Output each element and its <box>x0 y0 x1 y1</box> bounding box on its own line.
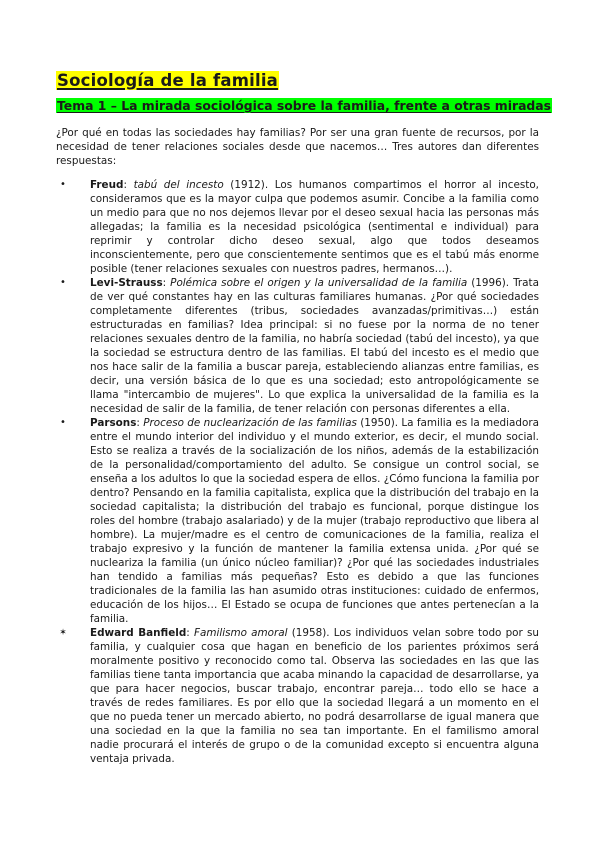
bullet-star-icon: ✶ <box>56 626 70 640</box>
work-title: tabú del incesto <box>134 179 224 191</box>
work-year: (1912). <box>224 179 275 191</box>
document-title: Sociología de la familia <box>56 70 539 92</box>
author-description: Los humanos compartimos el horror al inc… <box>90 179 539 275</box>
author-name: Freud <box>90 179 123 191</box>
list-item-freud: • Freud: tabú del incesto (1912). Los hu… <box>56 178 539 276</box>
author-description: Los individuos velan sobre todo por su f… <box>90 627 539 765</box>
document-title-text: Sociología de la familia <box>56 71 279 90</box>
bullet-dot-icon: • <box>56 276 70 290</box>
work-year: (1958). <box>288 627 334 639</box>
work-year: (1996). <box>467 277 513 289</box>
intro-paragraph: ¿Por qué en todas las sociedades hay fam… <box>56 126 539 168</box>
author-name: Parsons <box>90 417 136 429</box>
section-heading-text: Tema 1 – La mirada sociológica sobre la … <box>56 98 552 113</box>
authors-list: • Freud: tabú del incesto (1912). Los hu… <box>56 178 539 766</box>
bullet-dot-icon: • <box>56 416 70 430</box>
document-page: Sociología de la familia Tema 1 – La mir… <box>56 70 539 766</box>
work-title: Proceso de nuclearización de las familia… <box>143 417 357 429</box>
list-item-banfield: ✶ Edward Banfield: Familismo amoral (195… <box>56 626 539 766</box>
author-name: Levi-Strauss <box>90 277 163 289</box>
list-item-parsons: • Parsons: Proceso de nuclearización de … <box>56 416 539 626</box>
work-title: Familismo amoral <box>194 627 288 639</box>
work-year: (1950). <box>357 417 402 429</box>
separator: : <box>123 179 133 191</box>
author-name: Edward Banfield <box>90 627 186 639</box>
author-description: Trata de ver qué constantes hay en las c… <box>90 277 539 415</box>
list-item-levi-strauss: • Levi-Strauss: Polémica sobre el origen… <box>56 276 539 416</box>
author-description: La familia es la mediadora entre el mund… <box>90 417 539 625</box>
separator: : <box>186 627 194 639</box>
section-heading: Tema 1 – La mirada sociológica sobre la … <box>56 97 539 114</box>
bullet-dot-icon: • <box>56 178 70 192</box>
work-title: Polémica sobre el origen y la universali… <box>170 277 467 289</box>
